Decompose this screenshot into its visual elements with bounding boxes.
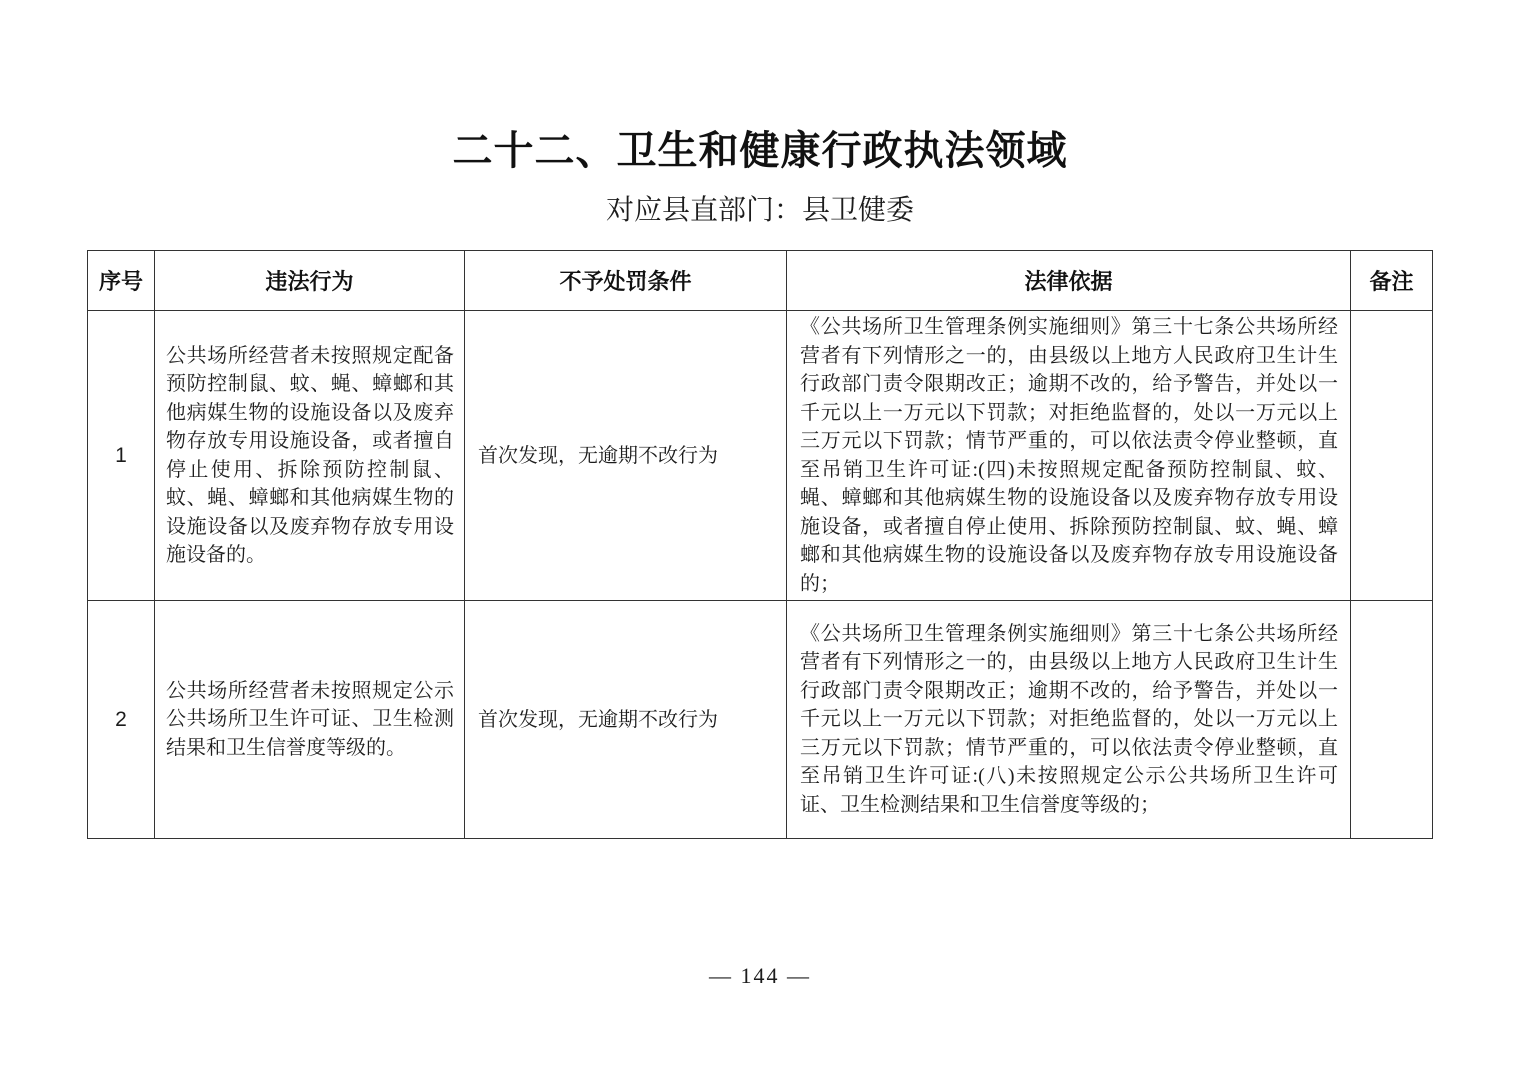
cell-text: 公共场所经营者未按照规定公示公共场所卫生许可证、卫生检测结果和卫生信誉度等级的。 (166, 677, 454, 763)
document-page: 二十二、卫生和健康行政执法领域 对应县直部门：县卫健委 序号 违法行为 不予处罚… (0, 0, 1520, 1074)
table-header-row: 序号 违法行为 不予处罚条件 法律依据 备注 (88, 251, 1433, 311)
cell-row1-index: 1 (88, 311, 155, 601)
cell-text: 《公共场所卫生管理条例实施细则》第三十七条公共场所经营者有下列情形之一的，由县级… (800, 620, 1338, 820)
cell-row1-remark (1351, 311, 1433, 601)
cell-row2-remark (1351, 601, 1433, 839)
col-header-legal-basis: 法律依据 (787, 251, 1351, 311)
col-header-index: 序号 (88, 251, 155, 311)
page-number: — 144 — (0, 962, 1520, 990)
cell-row2-violation: 公共场所经营者未按照规定公示公共场所卫生许可证、卫生检测结果和卫生信誉度等级的。 (155, 601, 465, 839)
cell-row2-index: 2 (88, 601, 155, 839)
col-header-no-penalty-condition: 不予处罚条件 (465, 251, 787, 311)
cell-row2-no-penalty-condition: 首次发现，无逾期不改行为 (465, 601, 787, 839)
cell-text: 《公共场所卫生管理条例实施细则》第三十七条公共场所经营者有下列情形之一的，由县级… (800, 313, 1338, 598)
cell-row2-legal-basis: 《公共场所卫生管理条例实施细则》第三十七条公共场所经营者有下列情形之一的，由县级… (787, 601, 1351, 839)
table-row: 1 公共场所经营者未按照规定配备预防控制鼠、蚊、蝇、蟑螂和其他病媒生物的设施设备… (88, 311, 1433, 601)
col-header-violation: 违法行为 (155, 251, 465, 311)
cell-text: 首次发现，无逾期不改行为 (478, 442, 778, 470)
table-row: 2 公共场所经营者未按照规定公示公共场所卫生许可证、卫生检测结果和卫生信誉度等级… (88, 601, 1433, 839)
cell-row1-legal-basis: 《公共场所卫生管理条例实施细则》第三十七条公共场所经营者有下列情形之一的，由县级… (787, 311, 1351, 601)
regulation-table: 序号 违法行为 不予处罚条件 法律依据 备注 1 公共场所经营者未按照规定配备预… (87, 250, 1433, 839)
col-header-remark: 备注 (1351, 251, 1433, 311)
cell-row1-no-penalty-condition: 首次发现，无逾期不改行为 (465, 311, 787, 601)
cell-row1-violation: 公共场所经营者未按照规定配备预防控制鼠、蚊、蝇、蟑螂和其他病媒生物的设施设备以及… (155, 311, 465, 601)
cell-text: 公共场所经营者未按照规定配备预防控制鼠、蚊、蝇、蟑螂和其他病媒生物的设施设备以及… (166, 342, 454, 570)
page-subtitle: 对应县直部门：县卫健委 (0, 194, 1520, 228)
page-title: 二十二、卫生和健康行政执法领域 (0, 0, 1520, 176)
cell-text: 首次发现，无逾期不改行为 (478, 706, 778, 734)
